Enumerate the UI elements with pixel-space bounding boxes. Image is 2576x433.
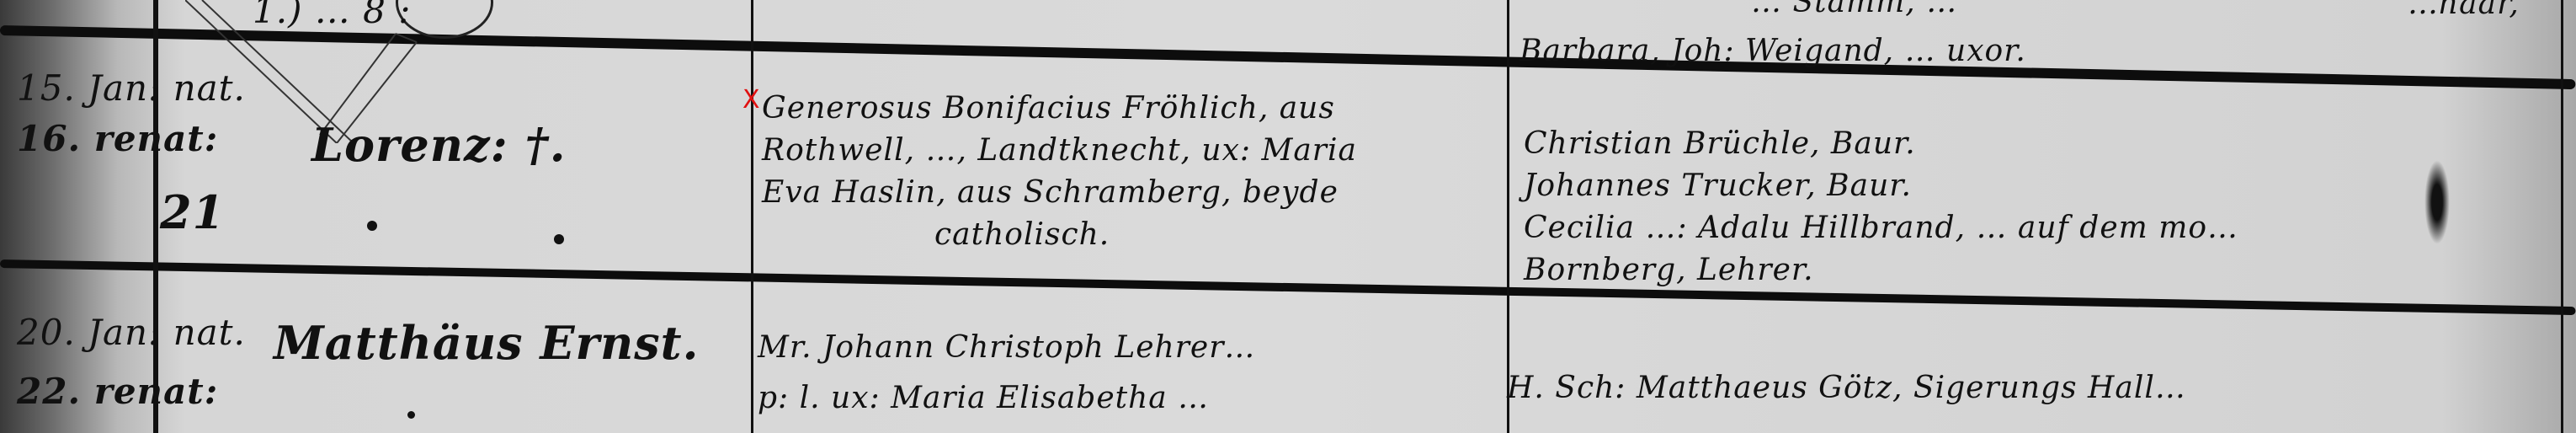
entry2-godparents-line1: H. Sch: Matthaeus Götz, Sigerungs Hall… — [1507, 371, 2186, 405]
entry1-date-birth: 15. Jan: nat. — [17, 67, 246, 109]
column-divider-parents — [1507, 0, 1509, 433]
entry1-parents-line4: catholisch. — [934, 217, 1110, 252]
top-fragment-col4-line2: Barbara, Joh: Weigand, … uxor. — [1520, 34, 2026, 68]
entry2-date-birth: 20. Jan: nat. — [17, 312, 246, 353]
entry2-date-baptism: 22. renat: — [17, 371, 218, 412]
ink-dot — [554, 234, 564, 244]
column-divider-name — [751, 0, 753, 433]
entry2-parents-line1: Mr. Johann Christoph Lehrer… — [758, 330, 1255, 365]
ink-dot — [367, 221, 377, 231]
entry1-godparents-line2: Johannes Trucker, Baur. — [1524, 168, 1912, 203]
entry1-parents-line1: Generosus Bonifacius Fröhlich, aus — [762, 91, 1335, 126]
column-divider-right — [2561, 0, 2563, 433]
register-page: 1.) … 8 : … Stamm, … …haar, Barbara, Joh… — [0, 0, 2576, 433]
entry1-parents-line2: Rothwell, …, Landtknecht, ux: Maria — [762, 133, 1357, 168]
entry1-godparents-line3: Cecilia …: Adalu Hillbrand, … auf dem mo… — [1524, 211, 2238, 245]
entry2-child-name: Matthäus Ernst. — [274, 316, 699, 370]
entry1-parents-line3: Eva Haslin, aus Schramberg, beyde — [762, 175, 1339, 210]
entry1-date-baptism: 16. renat: — [17, 118, 218, 159]
top-fragment-col2: 1.) … 8 : — [253, 0, 411, 31]
entry1-child-name: Lorenz: †. — [311, 118, 567, 172]
row-divider-middle — [0, 259, 2576, 315]
column-divider-date — [153, 0, 158, 433]
annotation-marker-x[interactable]: X — [742, 88, 760, 113]
entry2-parents-line2: p: l. ux: Maria Elisabetha … — [758, 381, 1209, 415]
top-fragment-col4-line1: … Stamm, … — [1751, 0, 1957, 19]
ink-blot — [2424, 160, 2450, 244]
entry1-number: 21 — [160, 185, 225, 239]
top-fragment-right: …haar, — [2408, 0, 2520, 21]
entry1-godparents-line4: Bornberg, Lehrer. — [1524, 253, 1814, 287]
ink-dot — [407, 411, 415, 419]
entry1-godparents-line1: Christian Brüchle, Baur. — [1524, 126, 1916, 161]
